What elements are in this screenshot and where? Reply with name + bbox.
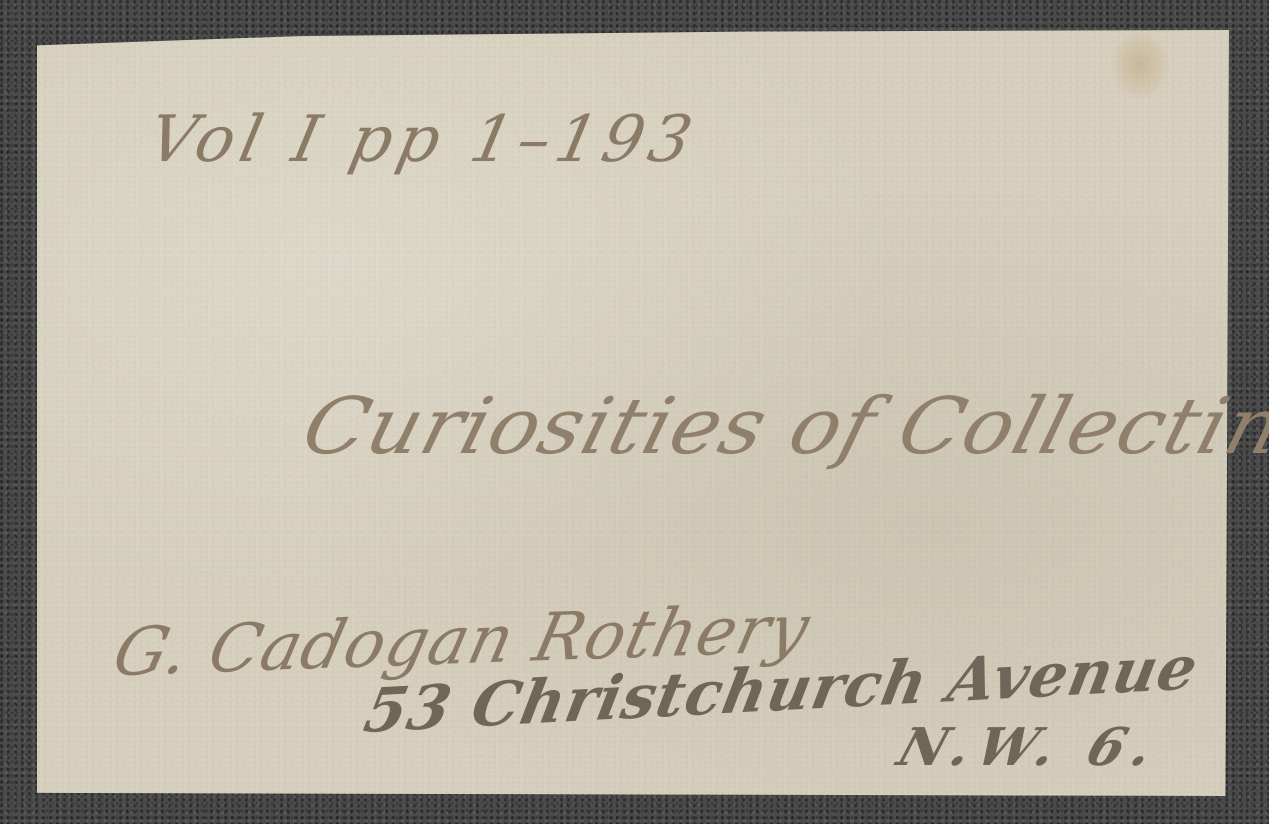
book-title: Curiosities of Collecting — [295, 388, 1269, 466]
foxing-stain — [1110, 30, 1170, 100]
volume-pages-note: Vol I pp 1–193 — [143, 108, 703, 172]
postal-district: N.W. 6. — [892, 722, 1168, 774]
